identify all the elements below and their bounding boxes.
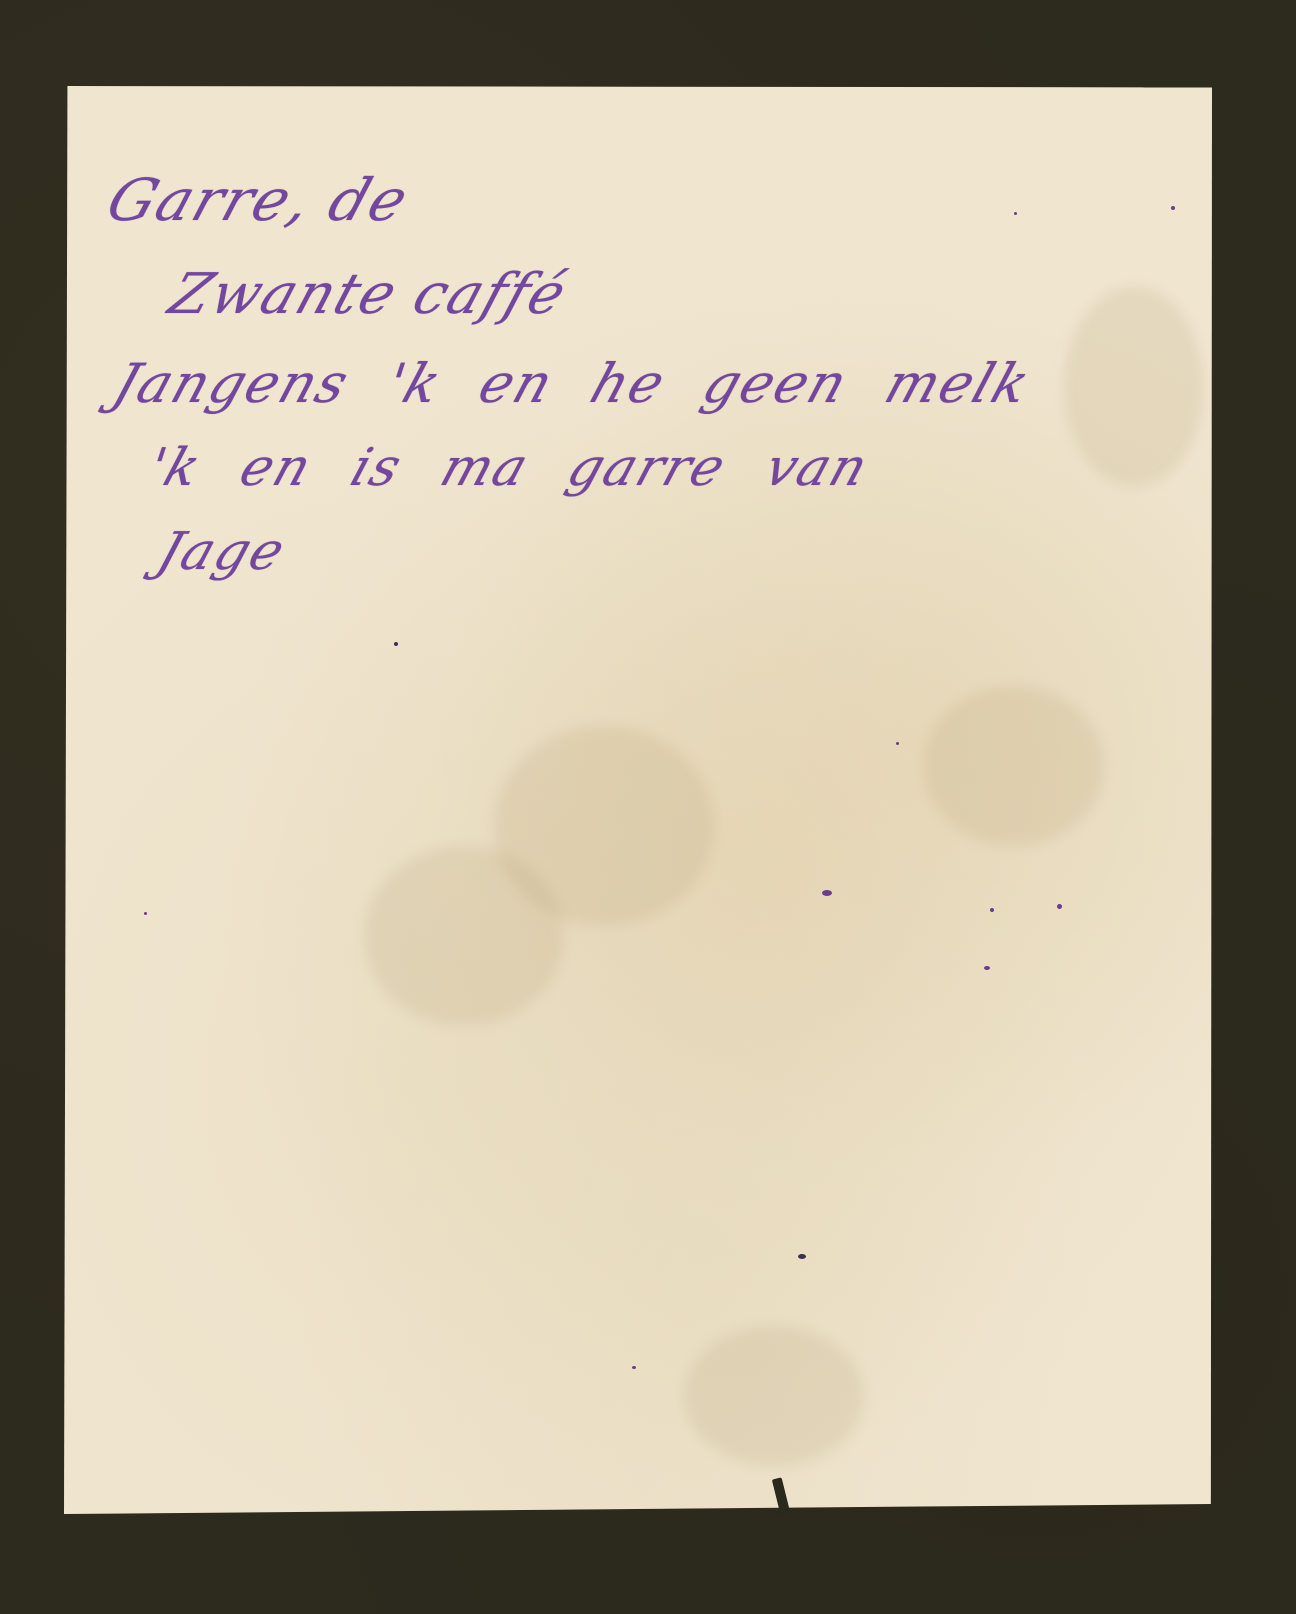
ink-spot [1014, 212, 1017, 215]
paper-stain [364, 846, 564, 1026]
ink-spot [144, 912, 147, 915]
ink-spot [394, 642, 398, 646]
ink-spot [896, 742, 899, 745]
ink-spot [1171, 206, 1175, 210]
paper-sheet [64, 86, 1212, 1514]
ink-spot [1057, 904, 1062, 909]
ink-spot [990, 908, 994, 912]
ink-spot [984, 966, 990, 970]
ink-spot [798, 1254, 806, 1259]
paper-stain [684, 1326, 864, 1466]
paper-stain [924, 686, 1104, 846]
paper-stain [1064, 286, 1204, 486]
ink-spot [822, 890, 832, 896]
ink-spot [632, 1366, 636, 1369]
